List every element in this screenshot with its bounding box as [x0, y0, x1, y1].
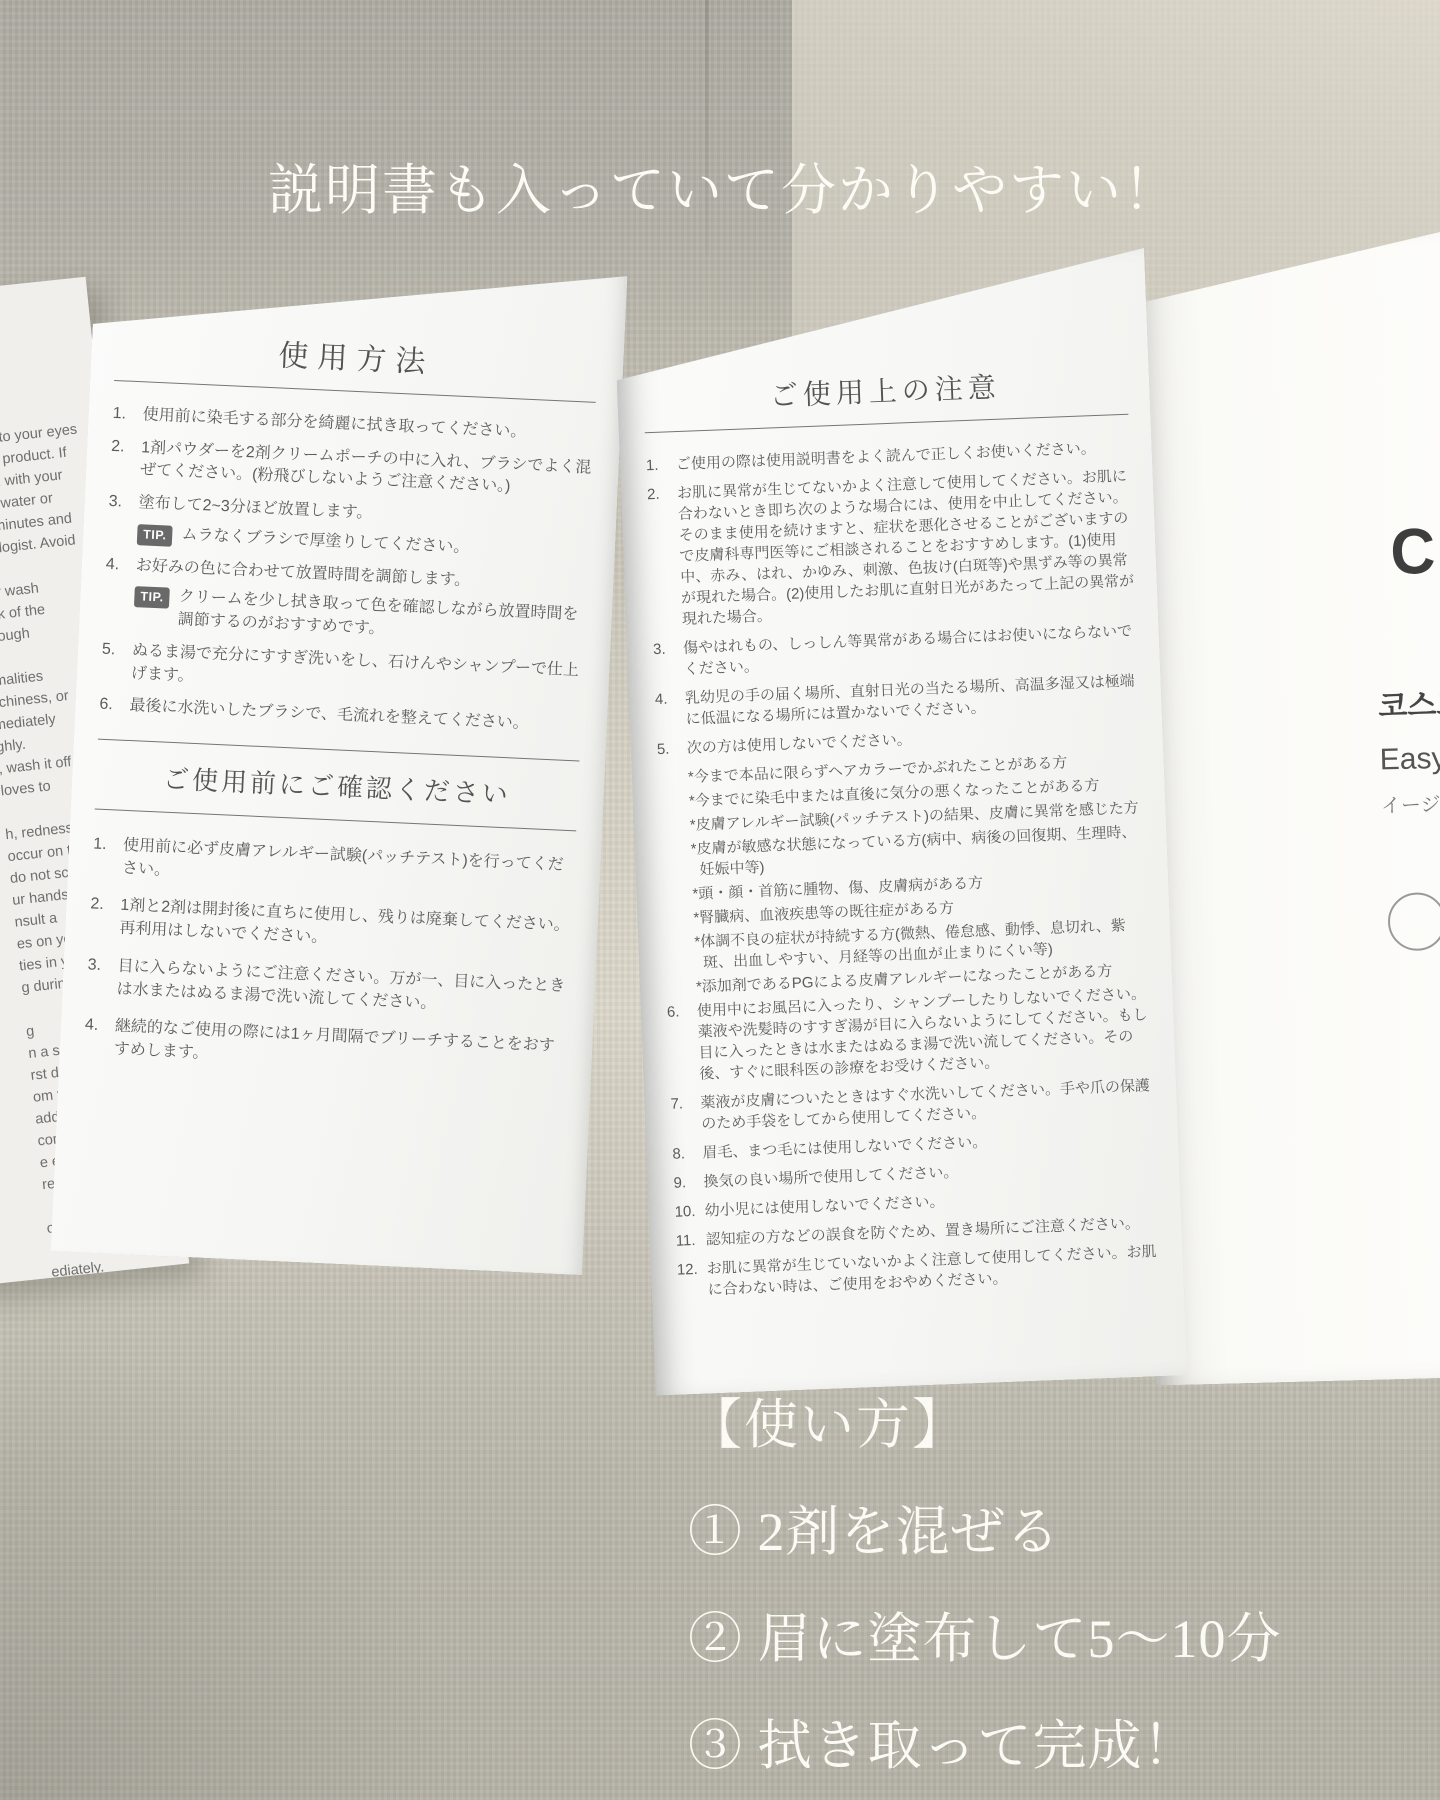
- background-shadow: [0, 1340, 480, 1800]
- item-number: 5.: [656, 738, 687, 760]
- cautions-title: ご使用上の注意: [643, 361, 1129, 434]
- item-text: 継続的なご使用の際には1ヶ月間隔でブリーチすることをおすすめします。: [113, 1016, 567, 1082]
- howto-step-list: ① 2剤を混ぜる ② 眉に塗布して5〜10分 ③ 拭き取って完成！: [688, 1489, 1282, 1780]
- item-number: 6.: [99, 694, 130, 718]
- item-text: 使用中にお風呂に入ったり、シャンプーしたりしないでください。薬液や洗髪時のすすぎ…: [697, 983, 1154, 1084]
- item-text: 薬液が皮膚についたときはすぐ水洗いしてください。手や爪の保護のため手袋をしてから…: [700, 1075, 1155, 1134]
- item-number: 1.: [112, 403, 143, 427]
- item-number: 5.: [101, 638, 132, 662]
- brand-korean-text: 코스노리: [1378, 679, 1440, 726]
- item-text: お肌に異常が生じてないかよく注意して使用してください。お肌に合わないとき即ち次の…: [677, 466, 1136, 630]
- leaflet-panel-cautions: ご使用上の注意 1. ご使用の際は使用説明書をよく読んで正しくお使いください。 …: [612, 248, 1187, 1396]
- tip-badge: TIP.: [134, 586, 170, 608]
- tip-badge: TIP.: [137, 524, 173, 546]
- howto-step: ② 眉に塗布して5〜10分: [688, 1596, 1282, 1673]
- item-number: 4.: [655, 688, 686, 710]
- item-text: お肌に異常が生じていないかよく注意して使用してください。お肌に合わない時は、ご使…: [706, 1241, 1161, 1300]
- list-item: 6. 使用中にお風呂に入ったり、シャンプーしたりしないでください。薬液や洗髪時の…: [667, 983, 1154, 1086]
- item-text: 1剤と2剤は開封後に直ちに使用し、残りは廃棄してください。再利用はしないでくださ…: [119, 895, 573, 961]
- item-number: 1.: [646, 454, 677, 476]
- item-number: [666, 977, 696, 978]
- list-item: 1. 使用前に必ず皮膚アレルギー試験(パッチテスト)を行ってください。: [92, 833, 576, 900]
- photo-caption-top: 説明書も入っていて分かりやすい！: [268, 146, 1180, 225]
- item-number: 3.: [653, 638, 684, 660]
- item-number: [660, 839, 690, 840]
- item-number: [662, 884, 692, 885]
- item-number: [658, 767, 688, 768]
- list-item: 2. 1剤と2剤は開封後に直ちに使用し、残りは廃棄してください。再利用はしないで…: [89, 894, 573, 961]
- list-item: 2. お肌に異常が生じてないかよく注意して使用してください。お肌に合わないとき即…: [647, 466, 1136, 631]
- item-number: 8.: [672, 1143, 703, 1165]
- howto-caption-block: 【使い方】 ① 2剤を混ぜる ② 眉に塗布して5〜10分 ③ 拭き取って完成！: [688, 1382, 1282, 1780]
- item-number: 3.: [87, 954, 118, 978]
- item-number: 6.: [667, 1001, 698, 1023]
- list-item: 5. ぬるま湯で充分にすすぎ洗いをし、石けんやシャンプーで仕上げます。: [100, 638, 584, 705]
- list-item: 7. 薬液が皮膚についたときはすぐ水洗いしてください。手や爪の保護のため手袋をし…: [670, 1075, 1155, 1136]
- item-number: 4.: [105, 553, 136, 577]
- item-number: 10.: [674, 1201, 705, 1223]
- circle-stamp-icon: [1387, 892, 1440, 951]
- usage-title: 使用方法: [114, 323, 598, 403]
- brand-logo-text: CO: [1389, 513, 1440, 590]
- item-number: 3.: [108, 491, 139, 515]
- item-number: 9.: [673, 1172, 704, 1194]
- list-item: 12. お肌に異常が生じていないかよく注意して使用してください。お肌に合わない時…: [676, 1241, 1161, 1302]
- item-number: 12.: [676, 1259, 707, 1281]
- item-number: 4.: [84, 1015, 115, 1039]
- list-item: 3. 目に入らないようにご注意ください。万が一、目に入ったときは水またはぬるま湯…: [86, 954, 570, 1021]
- item-number: 2.: [647, 483, 678, 505]
- confirm-title: ご使用前にご確認ください: [95, 739, 580, 832]
- caution-item-list: 1. ご使用の際は使用説明書をよく読んで正しくお使いください。 2. お肌に異常…: [646, 437, 1162, 1302]
- item-text: 乳幼児の手の届く場所、直射日光の当たる場所、高温多湿又は極端に低温になる場所には…: [685, 671, 1140, 730]
- item-text: 使用前に必ず皮膚アレルギー試験(パッチテスト)を行ってください。: [122, 835, 576, 901]
- item-number: [659, 815, 689, 816]
- leaflet-panel-usage: 使用方法 1. 使用前に染毛する部分を綺麗に拭き取ってください。 2. 1剤パウ…: [51, 252, 628, 1275]
- item-number: 2.: [111, 436, 142, 460]
- list-item: 2. 1剤パウダーを2剤クリームポーチの中に入れ、ブラシでよく混ぜてください。(…: [110, 436, 594, 503]
- brand-katakana-text: イージー: [1381, 787, 1440, 818]
- item-text: 目に入らないようにご注意ください。万が一、目に入ったときは水またはぬるま湯で洗い…: [116, 956, 570, 1022]
- item-number: 11.: [675, 1230, 706, 1252]
- howto-step: ③ 拭き取って完成！: [688, 1703, 1282, 1780]
- item-number: 7.: [670, 1093, 701, 1115]
- list-item: 4. 継続的なご使用の際には1ヶ月間隔でブリーチすることをおすすめします。: [83, 1015, 567, 1082]
- list-item: 3. 傷やはれもの、しっしん等異常がある場合にはお使いにならないでください。: [653, 621, 1138, 682]
- item-number: [663, 908, 693, 909]
- item-number: 2.: [90, 894, 121, 918]
- item-number: [664, 932, 694, 933]
- item-text: クリームを少し拭き取って色を確認しながら放置時間を調節するのがおすすめです。: [177, 586, 586, 650]
- photo-of-instruction-leaflet: 説明書も入っていて分かりやすい！ uct into your eyes g th…: [0, 0, 1440, 1800]
- list-item: 4. 乳幼児の手の届く場所、直射日光の当たる場所、高温多湿又は極端に低温になる場…: [655, 671, 1140, 732]
- confirm-item-list: 1. 使用前に必ず皮膚アレルギー試験(パッチテスト)を行ってください。 2. 1…: [83, 833, 575, 1081]
- item-text: 傷やはれもの、しっしん等異常がある場合にはお使いにならないでください。: [683, 621, 1138, 680]
- brand-english-text: Easy B: [1379, 741, 1440, 777]
- item-number: [659, 791, 689, 792]
- howto-step: ① 2剤を混ぜる: [688, 1489, 1282, 1566]
- item-text: ぬるま湯で充分にすすぎ洗いをし、石けんやシャンプーで仕上げます。: [130, 640, 584, 706]
- item-number: 1.: [93, 833, 124, 857]
- howto-heading: 【使い方】: [688, 1382, 1282, 1459]
- item-text: 1剤パウダーを2剤クリームポーチの中に入れ、ブラシでよく混ぜてください。(粉飛び…: [140, 437, 594, 503]
- usage-step-list: 1. 使用前に染毛する部分を綺麗に拭き取ってください。 2. 1剤パウダーを2剤…: [99, 403, 595, 738]
